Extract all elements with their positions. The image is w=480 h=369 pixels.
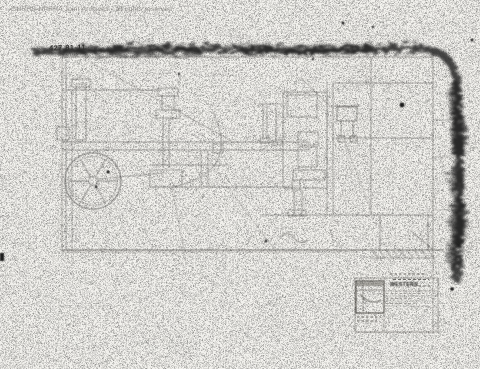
title-block-microtext-row bbox=[386, 293, 426, 295]
title-block-microtext-row bbox=[393, 279, 429, 281]
title-block-microtext-row bbox=[414, 285, 432, 287]
scanned-drawing-page: GNRHS-NPRHA Joint Archives - all rights … bbox=[0, 0, 480, 369]
catalog-stamp-number: 427.81-11 bbox=[49, 43, 86, 53]
technical-drawing-svg bbox=[0, 0, 480, 369]
title-block-microtext-row bbox=[386, 303, 416, 305]
title-block-microtext-row bbox=[386, 298, 412, 300]
archive-watermark: GNRHS-NPRHA Joint Archives - all rights … bbox=[11, 6, 172, 13]
scan-speckle-noise bbox=[0, 0, 480, 369]
stamp-box-microtext-row bbox=[357, 320, 377, 322]
stamp-box-microtext-row bbox=[357, 316, 381, 318]
approval-microtext-row bbox=[390, 273, 424, 275]
